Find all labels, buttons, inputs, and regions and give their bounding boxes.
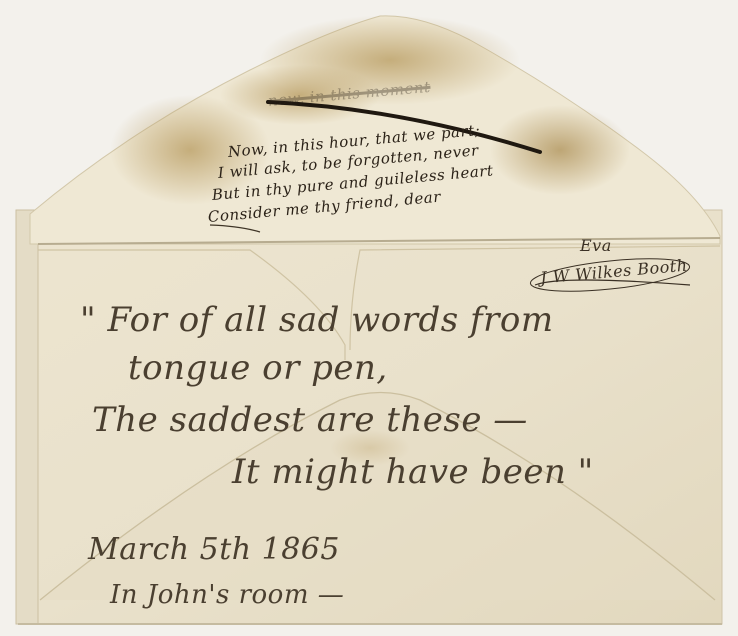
body-line-1: " For of all sad words from [80, 300, 554, 340]
date: March 5th 1865 [88, 532, 340, 567]
body-line-3: The saddest are these — [92, 400, 528, 440]
flap-closing: Eva [580, 236, 612, 255]
body-line-4: It might have been " [232, 452, 594, 492]
envelope-photo: now, in this moment Now, in this hour, t… [0, 0, 738, 636]
body-line-2: tongue or pen, [128, 348, 388, 388]
place: In John's room — [110, 580, 344, 610]
